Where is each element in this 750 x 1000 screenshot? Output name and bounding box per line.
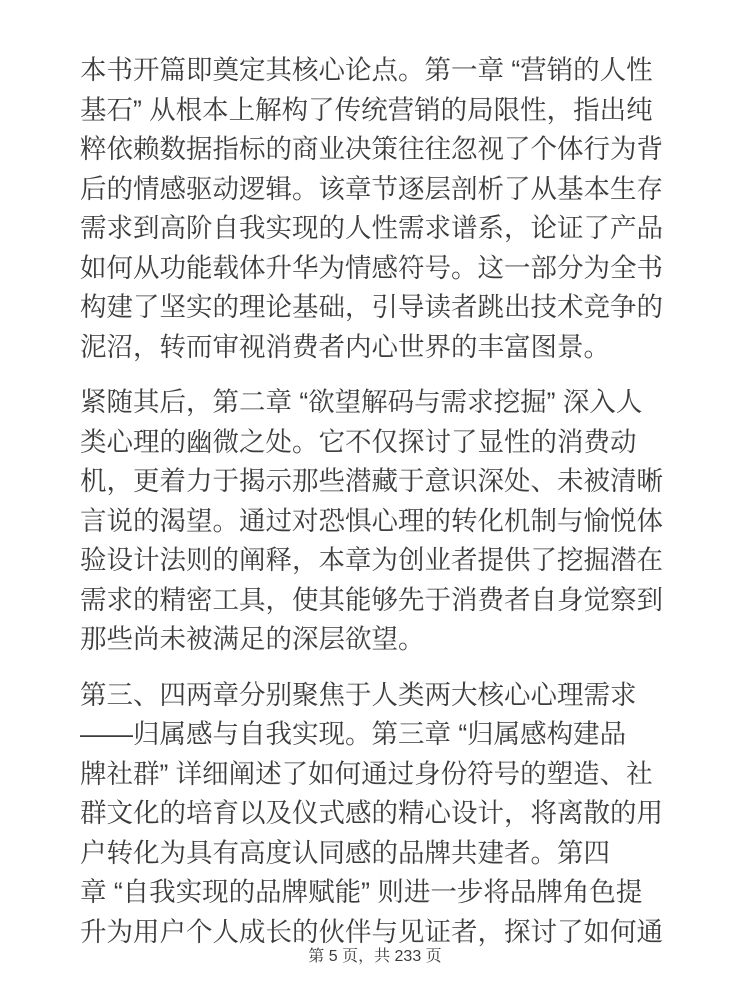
paragraph-1: 本书开篇即奠定其核心论点。第一章 “营销的人性 基石” 从根本上解构了传统营销的…	[80, 51, 685, 367]
page-content: 本书开篇即奠定其核心论点。第一章 “营销的人性 基石” 从根本上解构了传统营销的…	[80, 51, 685, 968]
paragraph-2: 紧随其后，第二章 “欲望解码与需求挖掘” 深入人 类心理的幽微之处。它不仅探讨了…	[80, 383, 685, 660]
page-number-footer: 第 5 页，共 233 页	[0, 946, 750, 968]
document-page: 本书开篇即奠定其核心论点。第一章 “营销的人性 基石” 从根本上解构了传统营销的…	[0, 0, 750, 1000]
paragraph-3: 第三、四两章分别聚焦于人类两大核心心理需求 ——归属感与自我实现。第三章 “归属…	[80, 676, 685, 953]
